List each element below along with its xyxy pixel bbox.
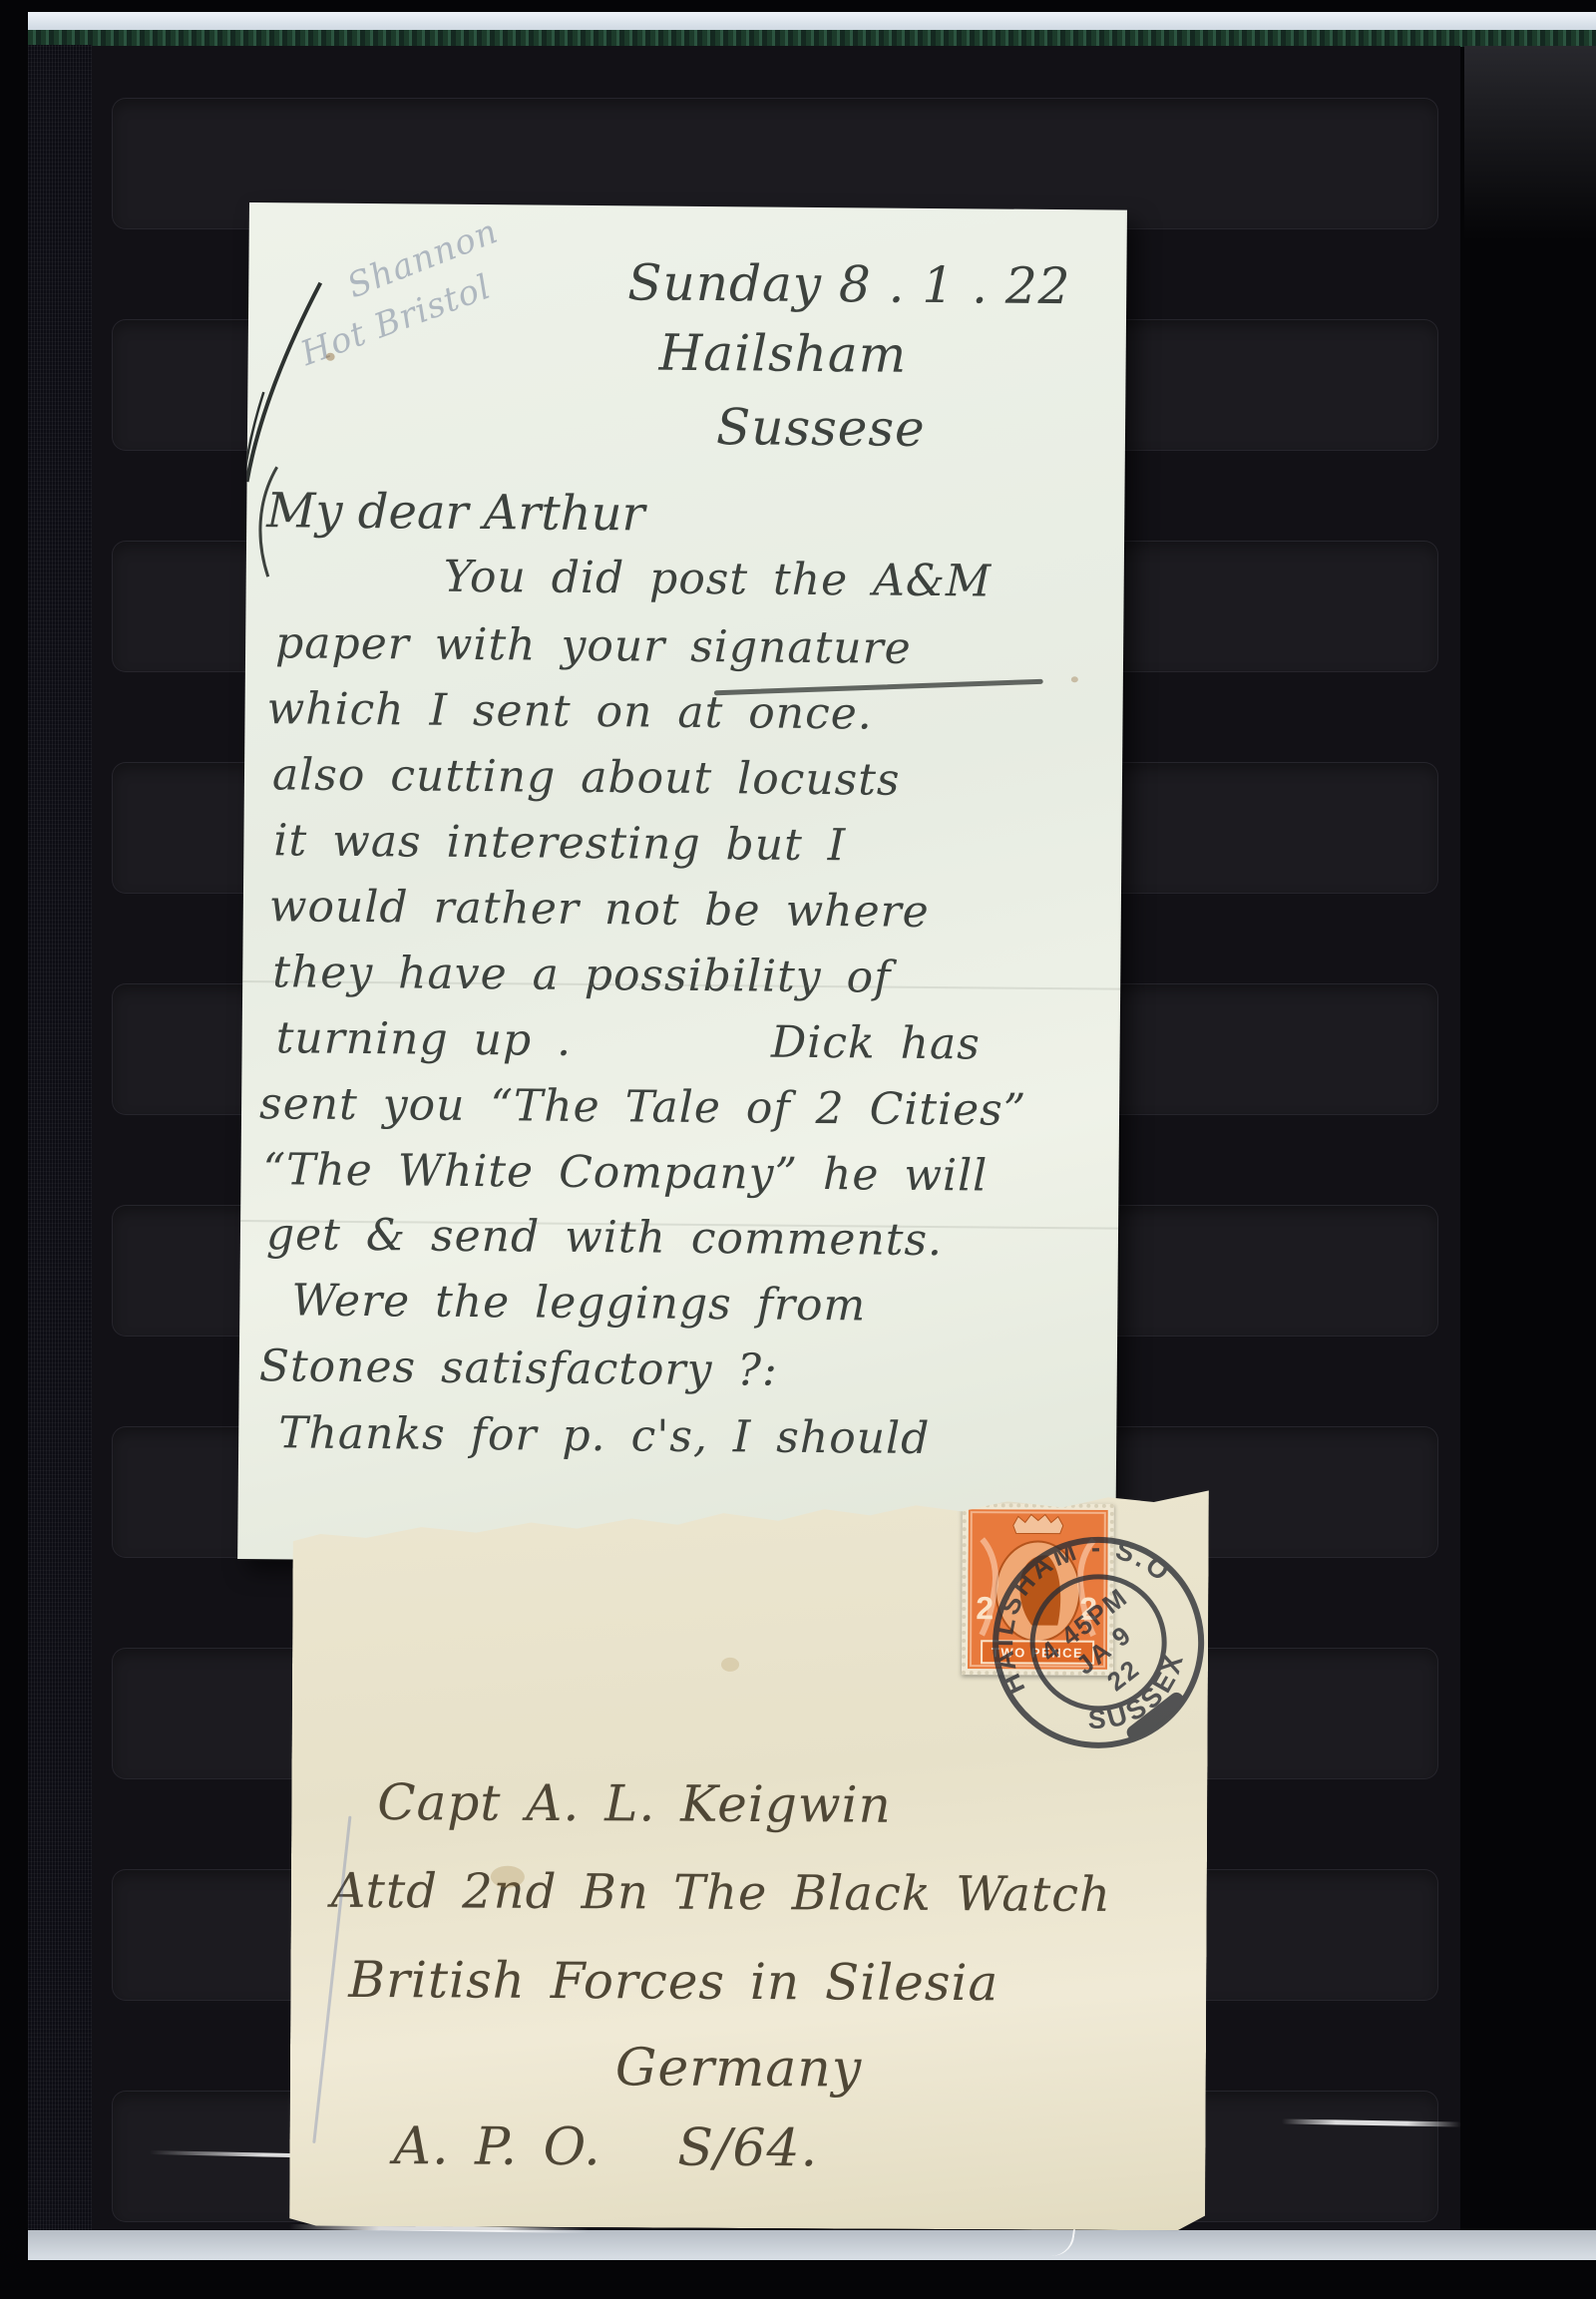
ink-flourish (240, 272, 332, 493)
address-line: Germany (615, 2042, 863, 2095)
letter-line: they have a possibility of (272, 951, 892, 999)
album-spine-fabric (28, 45, 92, 2233)
stockbook-photo: Shannon Hot Bristol Sunday 8 . 1 . 22 Ha… (0, 0, 1596, 2299)
letter-line: also cutting about locusts (272, 753, 901, 802)
handwritten-letter-sheet: Shannon Hot Bristol Sunday 8 . 1 . 22 Ha… (237, 202, 1127, 1567)
envelope-stain (491, 1866, 525, 1888)
envelope: Capt A. L. Keigwin Attd 2nd Bn The Black… (289, 1486, 1209, 2231)
underlying-page-edge (28, 2230, 1596, 2260)
letter-line: turning up . Dick has (275, 1016, 980, 1066)
stacked-page-edges (1460, 46, 1596, 2232)
letter-line: which I sent on at once. (266, 687, 873, 736)
letter-heading-date: Sunday 8 . 1 . 22 (627, 257, 1071, 311)
letter-line: it was interesting but I (273, 819, 846, 868)
foxing-spot (326, 353, 335, 361)
address-line: Attd 2nd Bn The Black Watch (331, 1867, 1111, 1919)
letter-line: Thanks for p. c's, I should (278, 1411, 930, 1461)
letter-heading-town: Hailsham (658, 328, 907, 380)
letter-line: would rather not be where (269, 885, 930, 935)
album-cloth-edge (28, 30, 1596, 47)
letter-line: “The White Company” he will (262, 1148, 988, 1198)
address-line: A. P. O. S/64. (393, 2120, 818, 2174)
letter-line: sent you “The Tale of 2 Cities” (259, 1082, 1026, 1133)
address-line: British Forces in Silesia (348, 1955, 998, 2008)
foxing-spot (1071, 676, 1078, 682)
page-corner-shadow (1464, 46, 1596, 240)
letter-heading-county: Sussese (716, 402, 926, 454)
page-top-edge-highlight (28, 12, 1596, 32)
letter-line: Stones satisfactory ?: (259, 1344, 778, 1393)
letter-salutation: My dear Arthur (266, 487, 645, 538)
postmark: HAILSHAM - S.O SUSSEX 4 45PM JA 9 22 (984, 1527, 1214, 1757)
address-line: Capt A. L. Keigwin (377, 1777, 892, 1830)
letter-line: You did post the A&M (444, 556, 993, 604)
letter-line: paper with your signature (275, 621, 912, 671)
envelope-stain (721, 1658, 739, 1672)
letter-line: Were the leggings from (291, 1279, 866, 1328)
